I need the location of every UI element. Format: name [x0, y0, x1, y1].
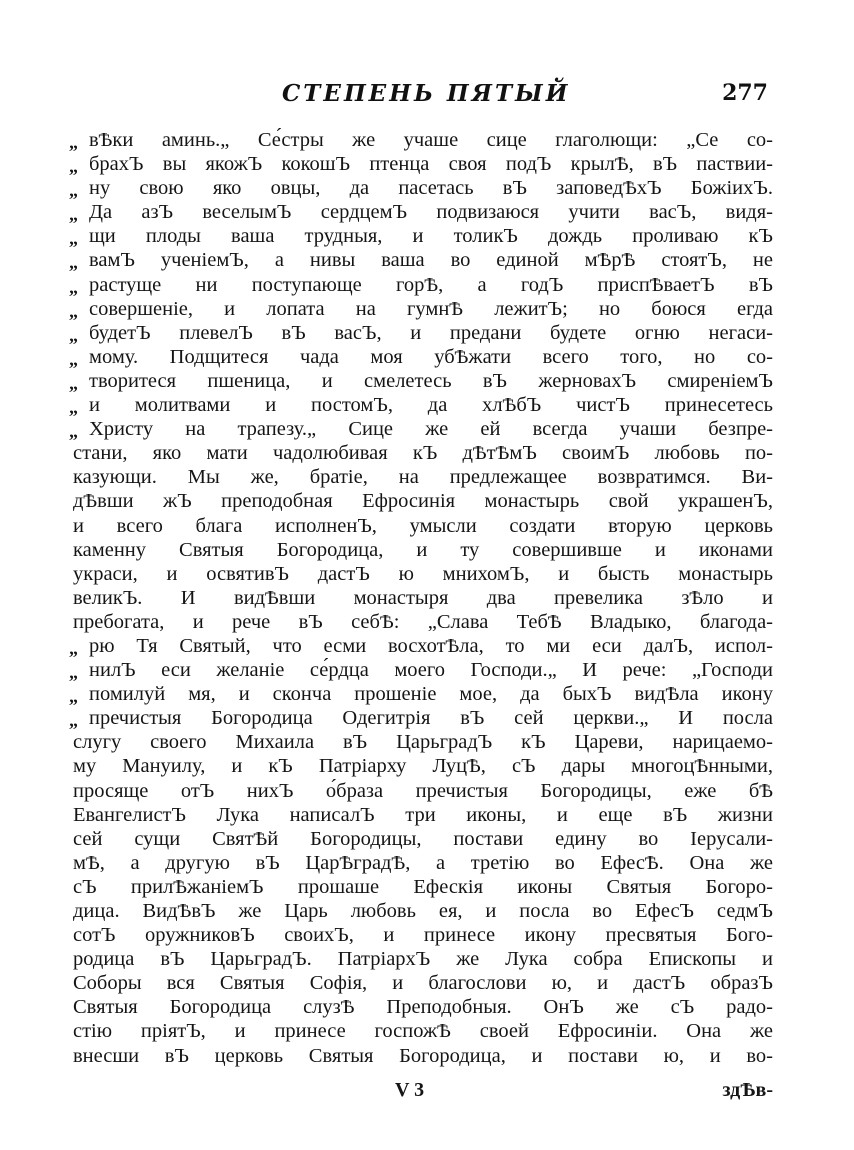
- line-text: растуще ни поступающе горѢ, а годЪ присп…: [89, 274, 773, 296]
- line-text: внесши вЪ церковь Святыя Богородица, и п…: [73, 1045, 773, 1067]
- line-text: мому. Подщитеся чада моя убѢжати всего т…: [89, 346, 773, 368]
- quote-mark: „: [69, 684, 78, 708]
- quote-mark: „: [69, 130, 78, 154]
- text-line: мѢ, а другую вЪ ЦарѢградѢ, а третію во Е…: [73, 851, 773, 875]
- text-line: „пречистыя Богородица Одегитрія вЪ сей ц…: [73, 706, 773, 730]
- line-text: Святыя Богородица слузѢ Преподобныя. ОнЪ…: [73, 996, 773, 1018]
- line-text: родица вЪ ЦарьградЪ. ПатріархЪ же Лука с…: [73, 948, 773, 970]
- line-text: сотЪ оружниковЪ своихЪ, и принесе икону …: [73, 924, 773, 946]
- text-line: „растуще ни поступающе горѢ, а годЪ прис…: [73, 273, 773, 297]
- quote-mark: „: [69, 708, 78, 732]
- line-text: просяще отЪ нихЪ о́браза пречистыя Богор…: [73, 780, 773, 802]
- catchword: здѢв-: [722, 1079, 773, 1102]
- quote-mark: „: [69, 275, 78, 299]
- line-text: и молитвами и постомЪ, да хлѢбЪ чистЪ пр…: [89, 394, 773, 416]
- line-text: дѢвши жЪ преподобная Ефросинія монастырь…: [73, 490, 773, 512]
- text-line: внесши вЪ церковь Святыя Богородица, и п…: [73, 1044, 773, 1068]
- text-line: пребогата, и рече вЪ себѢ: „Слава ТебѢ В…: [73, 610, 773, 634]
- line-text: Соборы вся Святыя Софія, и благослови ю,…: [73, 972, 773, 994]
- quote-mark: „: [69, 154, 78, 178]
- line-text: ЕвангелистЪ Лука написалЪ три иконы, и е…: [73, 804, 773, 826]
- page-footer: V 3 здѢв-: [73, 1079, 773, 1105]
- text-line: каменну Святыя Богородица, и ту совершив…: [73, 538, 773, 562]
- line-text: сей сущи СвятѢй Богородицы, постави един…: [73, 828, 773, 850]
- text-line: Соборы вся Святыя Софія, и благослови ю,…: [73, 971, 773, 995]
- running-head: СТЕПЕНЬ ПЯТЫЙ 277: [282, 80, 768, 114]
- line-text: мѢ, а другую вЪ ЦарѢградѢ, а третію во Е…: [73, 852, 773, 874]
- text-line: слугу своего Михаила вЪ ЦарьградЪ кЪ Цар…: [73, 730, 773, 754]
- line-text: слугу своего Михаила вЪ ЦарьградЪ кЪ Цар…: [73, 731, 773, 753]
- text-line: „ну свою яко овцы, да пасетась вЪ запове…: [73, 176, 773, 200]
- line-text: казующи. Мы же, братіе, на предлежащее в…: [73, 466, 773, 488]
- text-line: „помилуй мя, и скончa прошеніе мое, да б…: [73, 682, 773, 706]
- line-text: Да азЪ веселымЪ сердцемЪ подвизаюся учит…: [89, 201, 773, 223]
- text-line: просяще отЪ нихЪ о́браза пречистыя Богор…: [73, 779, 773, 803]
- text-line: „мому. Подщитеся чада моя убѢжати всего …: [73, 345, 773, 369]
- line-text: дица. ВидѢвЪ же Царь любовь ея, и посла …: [73, 900, 773, 922]
- quote-mark: „: [69, 419, 78, 443]
- text-line: му Мануилу, и кЪ Патріарху ЛуцѢ, сЪ дары…: [73, 754, 773, 778]
- signature-mark: V 3: [395, 1079, 424, 1102]
- line-text: каменну Святыя Богородица, и ту совершив…: [73, 539, 773, 561]
- line-text: украси, и освятивЪ дастЪ ю мнихомЪ, и бы…: [73, 563, 773, 585]
- line-text: и всего блага исполненЪ, умысли создати …: [73, 515, 773, 537]
- line-text: сЪ прилѢжаніемЪ прошаше Ефескія иконы Св…: [73, 876, 773, 898]
- text-line: „будетЪ плевелЪ вЪ васЪ, и предани будет…: [73, 321, 773, 345]
- text-line: сЪ прилѢжаніемЪ прошаше Ефескія иконы Св…: [73, 875, 773, 899]
- text-line: украси, и освятивЪ дастЪ ю мнихомЪ, и бы…: [73, 562, 773, 586]
- text-line: „брахЪ вы якожЪ кокошЪ птенца своя подЪ …: [73, 152, 773, 176]
- quote-mark: „: [69, 178, 78, 202]
- text-line: дица. ВидѢвЪ же Царь любовь ея, и посла …: [73, 899, 773, 923]
- line-text: брахЪ вы якожЪ кокошЪ птенца своя подЪ к…: [89, 153, 773, 175]
- line-text: нилЪ еси желаніе се́рдца моего Господи.„…: [89, 659, 773, 681]
- text-line: „и молитвами и постомЪ, да хлѢбЪ чистЪ п…: [73, 393, 773, 417]
- text-line: великЪ. И видѢвши монастыря два превелик…: [73, 586, 773, 610]
- text-line: сей сущи СвятѢй Богородицы, постави един…: [73, 827, 773, 851]
- line-text: стію пріятЪ, и принесе госпожѢ своей Ефр…: [73, 1020, 773, 1042]
- page-number: 277: [722, 80, 768, 106]
- line-text: пречистыя Богородица Одегитрія вЪ сей це…: [89, 707, 773, 729]
- line-text: пребогата, и рече вЪ себѢ: „Слава ТебѢ В…: [73, 611, 773, 633]
- line-text: будетЪ плевелЪ вЪ васЪ, и предани будете…: [89, 322, 773, 344]
- text-line: ЕвангелистЪ Лука написалЪ три иконы, и е…: [73, 803, 773, 827]
- line-text: совершеніе, и лопата на гумнѢ лежитЪ; но…: [89, 298, 773, 320]
- line-text: му Мануилу, и кЪ Патріарху ЛуцѢ, сЪ дары…: [73, 755, 773, 777]
- text-line: казующи. Мы же, братіе, на предлежащее в…: [73, 465, 773, 489]
- text-line: „творитеся пшеница, и смелетесь вЪ жерно…: [73, 369, 773, 393]
- quote-mark: „: [69, 226, 78, 250]
- text-line: „совершеніе, и лопата на гумнѢ лежитЪ; н…: [73, 297, 773, 321]
- body-text: „вѢки аминь.„ Се́стры же учаше сице глаг…: [73, 128, 773, 1068]
- text-line: стани, яко мати чадолюбивая кЪ дѢтѢмЪ св…: [73, 441, 773, 465]
- text-line: „щи плоды ваша трудныя, и толикЪ дождь п…: [73, 224, 773, 248]
- quote-mark: „: [69, 347, 78, 371]
- quote-mark: „: [69, 660, 78, 684]
- text-line: родица вЪ ЦарьградЪ. ПатріархЪ же Лука с…: [73, 947, 773, 971]
- text-line: „рю Тя Святый, что есми восхотѢла, то ми…: [73, 634, 773, 658]
- text-line: сотЪ оружниковЪ своихЪ, и принесе икону …: [73, 923, 773, 947]
- quote-mark: „: [69, 299, 78, 323]
- text-line: стію пріятЪ, и принесе госпожѢ своей Ефр…: [73, 1019, 773, 1043]
- text-line: и всего блага исполненЪ, умысли создати …: [73, 514, 773, 538]
- line-text: творитеся пшеница, и смелетесь вЪ жернов…: [89, 370, 773, 392]
- line-text: помилуй мя, и скончa прошеніе мое, да бы…: [89, 683, 773, 705]
- book-page: СТЕПЕНЬ ПЯТЫЙ 277 „вѢки аминь.„ Се́стры …: [0, 0, 854, 1150]
- quote-mark: „: [69, 323, 78, 347]
- text-line: „нилЪ еси желаніе се́рдца моего Господи.…: [73, 658, 773, 682]
- text-line: „вамЪ ученіемЪ, а нивы ваша во единой мѢ…: [73, 248, 773, 272]
- quote-mark: „: [69, 202, 78, 226]
- line-text: рю Тя Святый, что есми восхотѢла, то ми …: [89, 635, 773, 657]
- text-line: Святыя Богородица слузѢ Преподобныя. ОнЪ…: [73, 995, 773, 1019]
- line-text: стани, яко мати чадолюбивая кЪ дѢтѢмЪ св…: [73, 442, 773, 464]
- quote-mark: „: [69, 395, 78, 419]
- quote-mark: „: [69, 371, 78, 395]
- text-line: „Христу на трапезу.„ Сице же ей всегда у…: [73, 417, 773, 441]
- text-line: „Да азЪ веселымЪ сердцемЪ подвизаюся учи…: [73, 200, 773, 224]
- quote-mark: „: [69, 636, 78, 660]
- quote-mark: „: [69, 250, 78, 274]
- line-text: ну свою яко овцы, да пасетась вЪ заповед…: [89, 177, 773, 199]
- line-text: вѢки аминь.„ Се́стры же учаше сице глаго…: [89, 129, 773, 151]
- line-text: вамЪ ученіемЪ, а нивы ваша во единой мѢр…: [89, 249, 773, 271]
- text-line: „вѢки аминь.„ Се́стры же учаше сице глаг…: [73, 128, 773, 152]
- line-text: Христу на трапезу.„ Сице же ей всегда уч…: [89, 418, 773, 440]
- text-line: дѢвши жЪ преподобная Ефросинія монастырь…: [73, 489, 773, 513]
- running-title: СТЕПЕНЬ ПЯТЫЙ: [282, 80, 570, 107]
- line-text: великЪ. И видѢвши монастыря два превелик…: [73, 587, 773, 609]
- line-text: щи плоды ваша трудныя, и толикЪ дождь пр…: [89, 225, 773, 247]
